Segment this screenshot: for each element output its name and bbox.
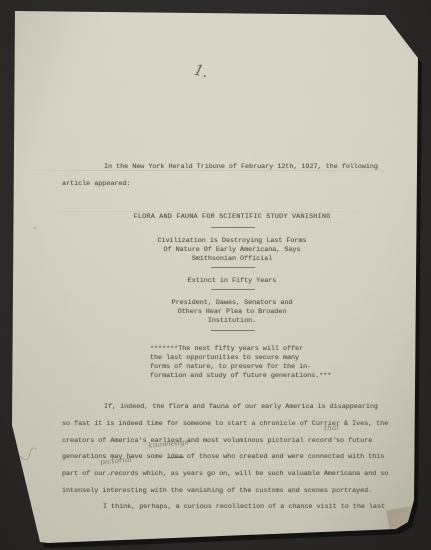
subhead-rule: [211, 267, 255, 268]
subhead-president-line-2: Others Hear Plea to Broaden: [62, 308, 402, 317]
body-line: If, indeed, the flora and fauna of our e…: [104, 403, 378, 412]
crease-line: [14, 211, 408, 212]
body-line: creators of America's earliest and most …: [62, 437, 372, 446]
pull-quote-line-1: *******The next fifty years will offer: [150, 345, 303, 354]
subhead-president-line-3: Institution.: [62, 317, 402, 326]
subhead-rule: [211, 330, 255, 331]
subhead-civilization-line-2: Of Nature Of Early Americana, Says: [62, 246, 402, 255]
intro-line-1: In the New York Herald Tribune of Februa…: [104, 163, 378, 172]
body-line: intensely interesting with the vanishing…: [62, 487, 372, 496]
body-line: I think, perhaps, a curious recollection…: [103, 503, 385, 512]
pull-quote-line-3: forms of nature, to preserve for the in-: [150, 363, 311, 372]
document-page: 1. In the New York Herald Tribune of Feb…: [0, 0, 431, 550]
paper-texture: [0, 0, 431, 550]
pull-quote-line-2: the last opportunities to secure many: [150, 354, 299, 363]
stain-speck: [10, 149, 14, 152]
subhead-civilization-line-1: Civilization is Destroying Last Forms: [62, 237, 402, 246]
photo-background: 1. In the New York Herald Tribune of Feb…: [0, 0, 431, 550]
subhead-civilization-line-3: Smithsonian Official: [62, 255, 402, 264]
intro-line-2: article appeared:: [62, 180, 131, 189]
pull-quote-line-4: formation and study of future generation…: [150, 372, 331, 381]
insertion-caret: ^: [106, 472, 112, 482]
subhead-extinct: Extinct in Fifty Years: [62, 277, 402, 286]
subhead-rule: [211, 289, 255, 290]
handwritten-edit-that: that: [324, 422, 340, 432]
article-headline: FLORA AND FAUNA FOR SCIENTIFIC STUDY VAN…: [62, 213, 402, 222]
insertion-caret: ^: [332, 436, 338, 446]
headline-rule: [211, 227, 255, 228]
subhead-president-line-1: President, Dawes, Senators and: [62, 299, 402, 308]
